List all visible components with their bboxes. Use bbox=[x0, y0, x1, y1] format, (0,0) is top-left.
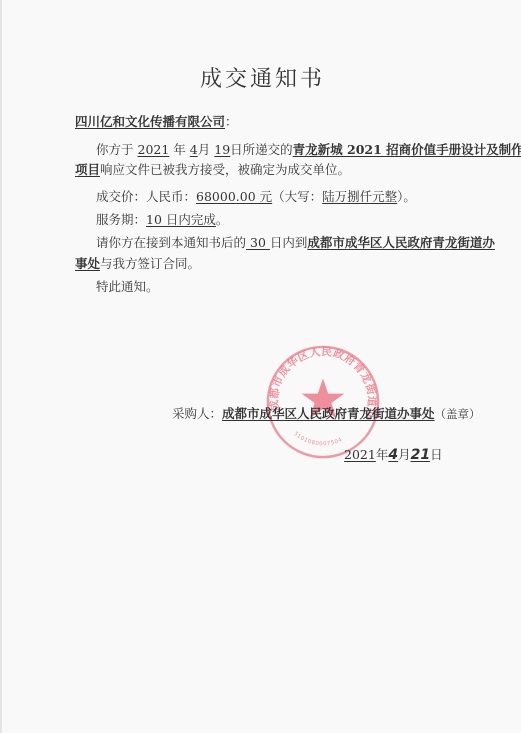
service-value: 10 日内完成 bbox=[146, 212, 216, 227]
contract-place: 成都市成华区人民政府青龙街道办 bbox=[307, 235, 495, 250]
date-day-label: 日 bbox=[430, 447, 443, 462]
submit-month: 4 bbox=[190, 142, 198, 157]
signature-date: 2021年4月21日 bbox=[344, 447, 443, 463]
price-line: 成交价：人民币：68000.00 元（大写：陆万捌仟元整）。 bbox=[96, 189, 416, 205]
year-label: 年 bbox=[173, 142, 186, 157]
service-suffix: 。 bbox=[216, 212, 229, 227]
para3-suffix: 与我方签订合同。 bbox=[100, 256, 200, 271]
buyer-name: 成都市成华区人民政府青龙街道办事处 bbox=[222, 406, 435, 421]
para1-prefix: 你方于 bbox=[96, 142, 134, 157]
official-seal-icon: 成都市成华区人民政府青龙街道办事处 5101080007504 bbox=[264, 343, 382, 461]
buyer-line: 采购人：成都市成华区人民政府青龙街道办事处（盖章） bbox=[172, 406, 481, 422]
service-label: 服务期： bbox=[96, 212, 146, 227]
date-year-label: 年 bbox=[376, 447, 389, 462]
para1-suffix: 响应文件已被我方接受，被确定为成交单位。 bbox=[100, 162, 350, 177]
recipient-suffix: ： bbox=[225, 114, 238, 129]
contract-days-value: 30 bbox=[250, 235, 266, 250]
recipient-name: 四川亿和文化传播有限公司 bbox=[75, 114, 225, 129]
para3-line2: 事处与我方签订合同。 bbox=[75, 256, 200, 272]
day-label: 日所递交的 bbox=[230, 142, 293, 157]
price-amount: 68000.00 元 bbox=[196, 189, 272, 204]
month-label: 月 bbox=[198, 142, 211, 157]
para3-line1: 请你方在接到本通知书后的 30 日内到成都市成华区人民政府青龙街道办 bbox=[96, 235, 495, 251]
price-paren-close: ）。 bbox=[397, 189, 416, 204]
date-day-handwritten: 21 bbox=[411, 447, 430, 463]
service-line: 服务期：10 日内完成。 bbox=[96, 212, 228, 228]
price-amount-chinese: 陆万捌仟元整 bbox=[322, 189, 397, 204]
para1-line2: 项目响应文件已被我方接受，被确定为成交单位。 bbox=[75, 162, 350, 178]
contract-days: 30 bbox=[246, 235, 270, 250]
submit-day: 19 bbox=[214, 142, 230, 157]
closing-line: 特此通知。 bbox=[96, 279, 159, 295]
contract-place-cont: 事处 bbox=[75, 256, 100, 271]
project-name: 青龙新城 2021 招商价值手册设计及制作 bbox=[293, 142, 521, 157]
recipient-line: 四川亿和文化传播有限公司： bbox=[75, 114, 238, 130]
seal-note: （盖章） bbox=[435, 407, 481, 421]
price-label: 成交价：人民币： bbox=[96, 189, 196, 204]
date-month-handwritten: 4 bbox=[388, 447, 398, 463]
document-page: 成交通知书 四川亿和文化传播有限公司： 你方于 2021 年 4月 19日所递交… bbox=[0, 0, 521, 733]
para3-prefix: 请你方在接到本通知书后的 bbox=[96, 235, 246, 250]
date-month-label: 月 bbox=[398, 447, 411, 462]
para3-mid: 日内到 bbox=[270, 235, 308, 250]
submit-year: 2021 bbox=[138, 142, 170, 157]
page-title: 成交通知书 bbox=[2, 62, 521, 93]
date-year: 2021 bbox=[344, 447, 376, 462]
project-name-cont: 项目 bbox=[75, 162, 100, 177]
price-paren-open: （大写： bbox=[272, 189, 322, 204]
svg-text:5101080007504: 5101080007504 bbox=[292, 431, 343, 447]
para1-line1: 你方于 2021 年 4月 19日所递交的青龙新城 2021 招商价值手册设计及… bbox=[96, 142, 521, 158]
buyer-label: 采购人： bbox=[172, 406, 222, 421]
